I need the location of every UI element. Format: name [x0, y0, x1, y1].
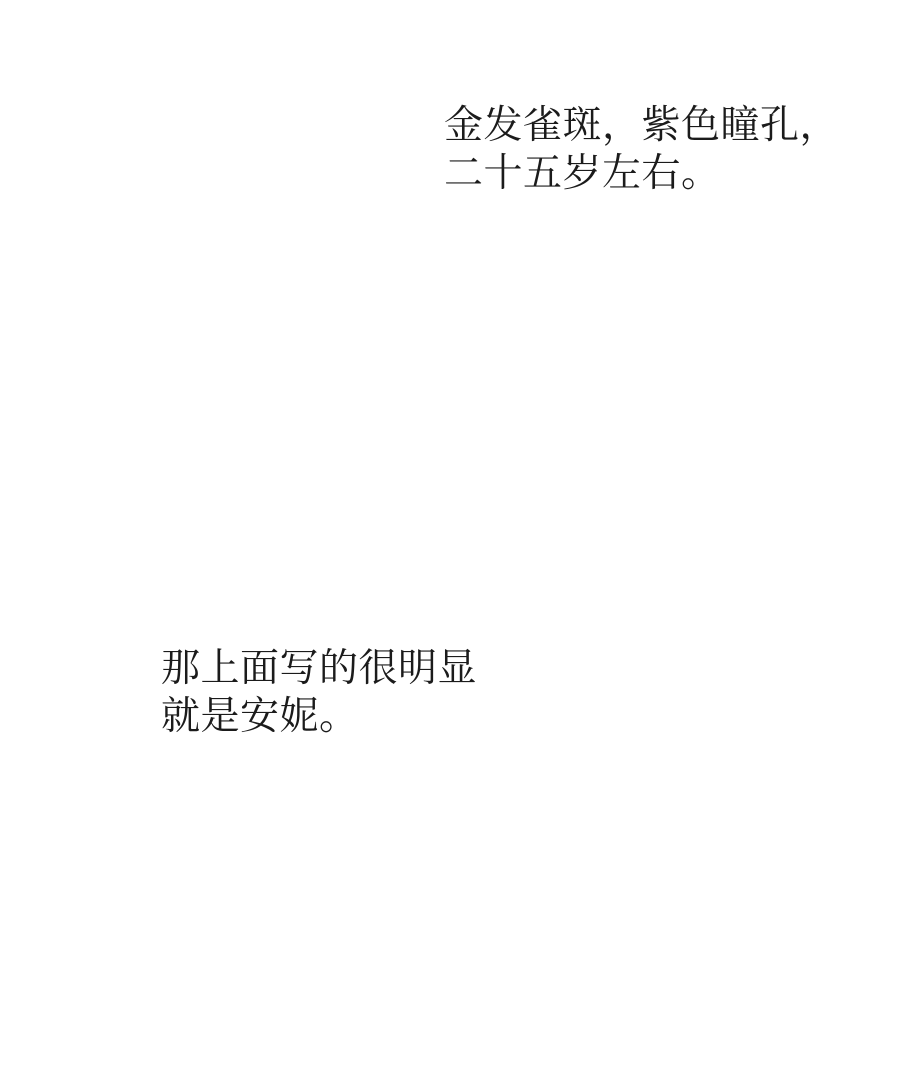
narration-line: 那上面写的很明显 [161, 645, 477, 693]
narration-block-bottom: 那上面写的很明显 就是安妮。 [161, 645, 477, 741]
narration-line: 就是安妮。 [161, 693, 477, 741]
narration-line: 金发雀斑，紫色瞳孔， [444, 102, 839, 150]
narration-line: 二十五岁左右。 [444, 150, 839, 198]
narration-block-top: 金发雀斑，紫色瞳孔， 二十五岁左右。 [444, 102, 839, 198]
webtoon-page: 金发雀斑，紫色瞳孔， 二十五岁左右。 那上面写的很明显 就是安妮。 [0, 0, 900, 1088]
